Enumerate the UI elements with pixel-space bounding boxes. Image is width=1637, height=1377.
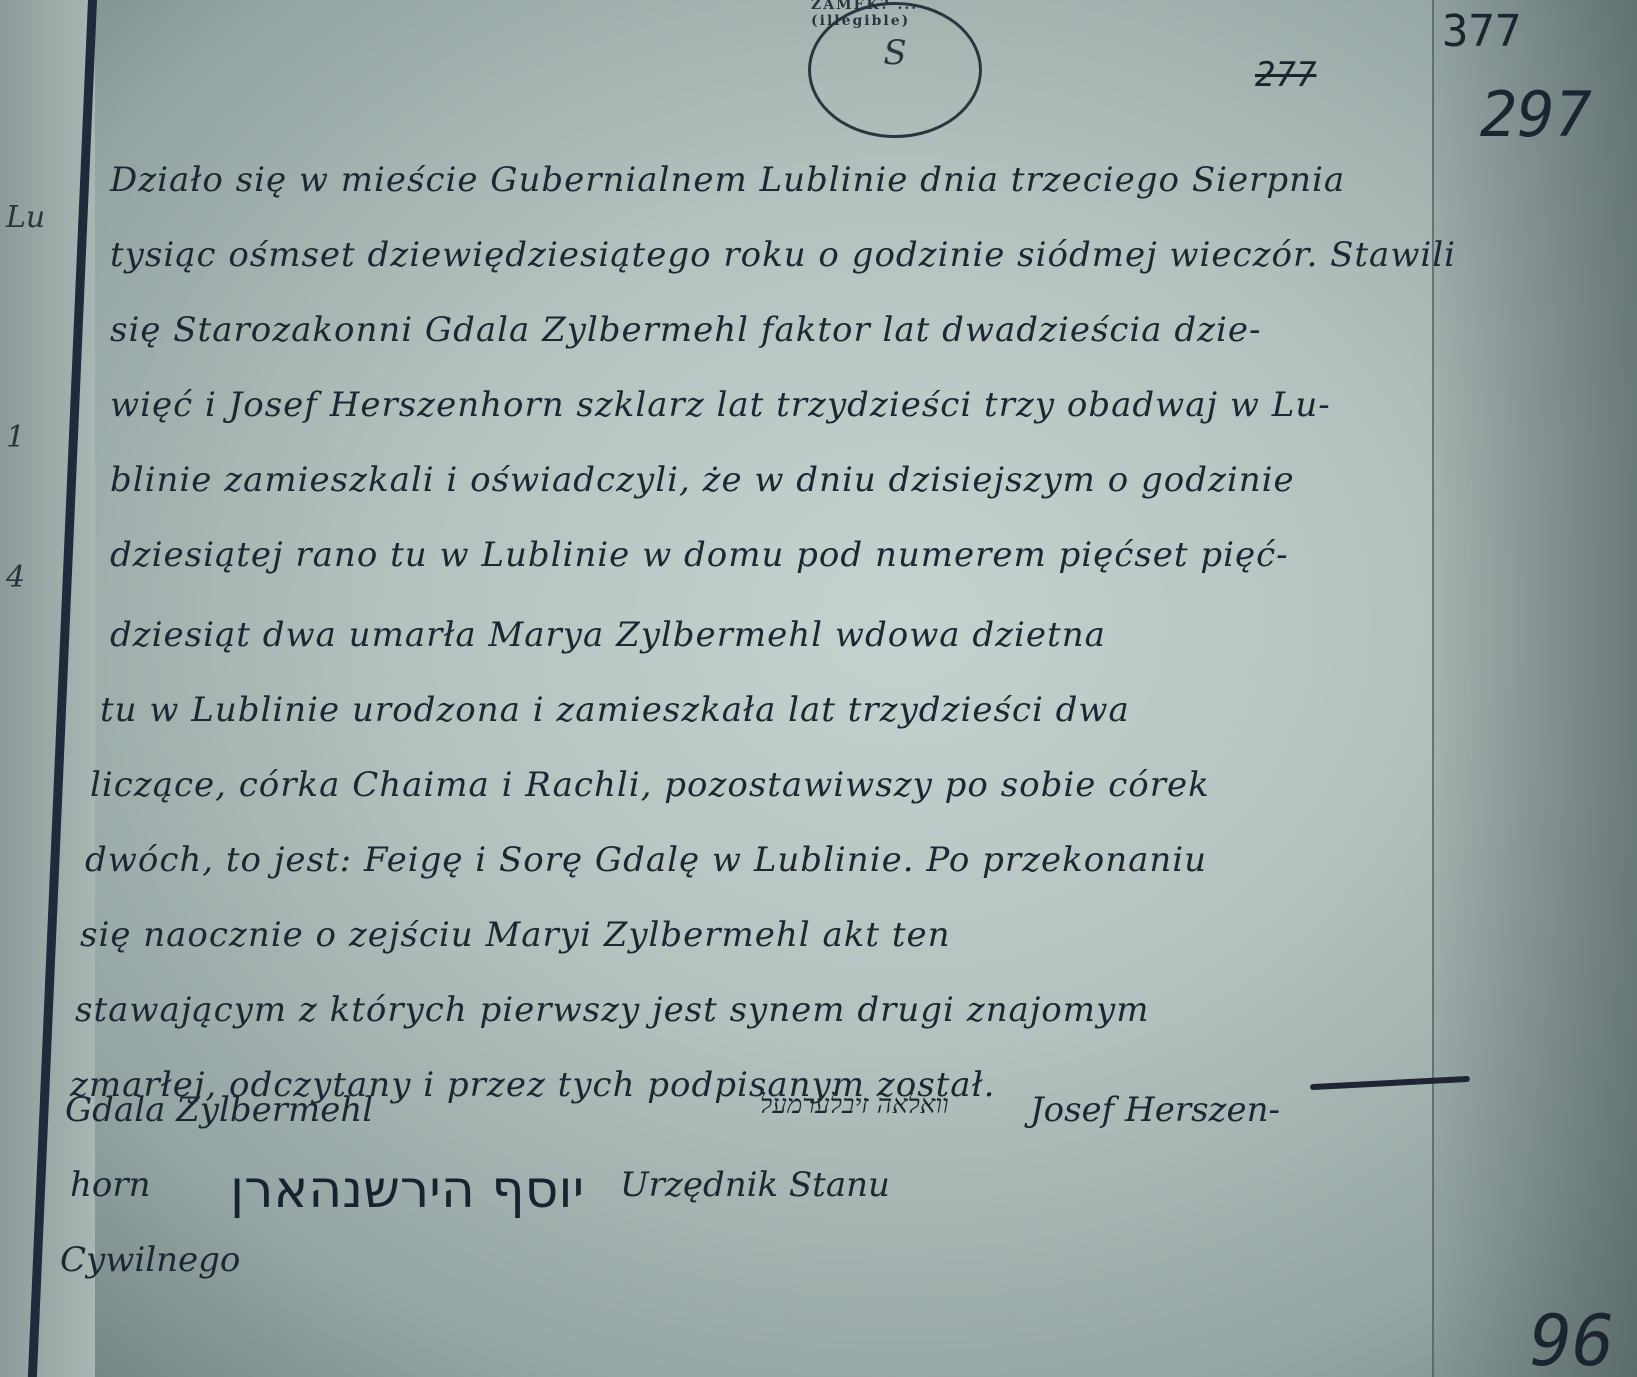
record-line: dziesiąt dwa umarła Marya Zylbermehl wdo… (110, 615, 1106, 655)
margin-fragment: 1 (6, 420, 25, 455)
record-line: stawającym z których pierwszy jest synem… (75, 990, 1149, 1030)
signature-hebrew: יוסף הירשנהארן (230, 1160, 584, 1220)
record-line: dziesiątej rano tu w Lublinie w domu pod… (110, 535, 1289, 575)
record-line: liczące, córka Chaima i Rachli, pozostaw… (90, 765, 1210, 805)
signature-josef-cont: horn (70, 1165, 151, 1205)
right-margin (1434, 0, 1637, 1377)
folio-number-top: 377 (1442, 6, 1521, 57)
signature-official-cont: Cywilnego (60, 1240, 240, 1280)
record-line: tu w Lublinie urodzona i zamieszkała lat… (100, 690, 1130, 730)
signature-hebrew-scribble: וואלאה זיבלערמעל (760, 1090, 949, 1120)
record-line: tysiąc ośmset dziewiędziesiątego roku o … (110, 235, 1456, 275)
record-line: blinie zamieszkali i oświadczyli, że w d… (110, 460, 1295, 500)
folio-number-bottom: 96 (1530, 1300, 1614, 1377)
record-line: się Starozakonni Gdala Zylbermehl faktor… (110, 310, 1262, 350)
margin-fragment: 4 (6, 560, 25, 595)
folio-crossed-out: 277 (1255, 55, 1316, 95)
registry-stamp: ZAMEK? ... (illegible) S (808, 2, 982, 138)
record-line: więć i Josef Herszenhorn szklarz lat trz… (110, 385, 1331, 425)
signature-gdala: Gdala Zylbermehl (65, 1090, 373, 1130)
record-line: się naocznie o zejściu Maryi Zylbermehl … (80, 915, 951, 955)
record-line: dwóch, to jest: Feigę i Sorę Gdalę w Lub… (85, 840, 1207, 880)
document-page: Lu 1 4 ZAMEK? ... (illegible) S 277 377 … (0, 0, 1637, 1377)
margin-fragment: Lu (6, 200, 45, 235)
folio-number-right: 297 (1480, 78, 1592, 151)
stamp-emblem: S (883, 33, 906, 73)
signature-official: Urzędnik Stanu (620, 1165, 890, 1205)
record-line: Działo się w mieście Gubernialnem Lublin… (110, 160, 1345, 200)
margin-rule (1432, 0, 1434, 1377)
signature-josef: Josef Herszen- (1030, 1090, 1280, 1130)
stamp-text: ZAMEK? ... (illegible) (811, 0, 979, 29)
